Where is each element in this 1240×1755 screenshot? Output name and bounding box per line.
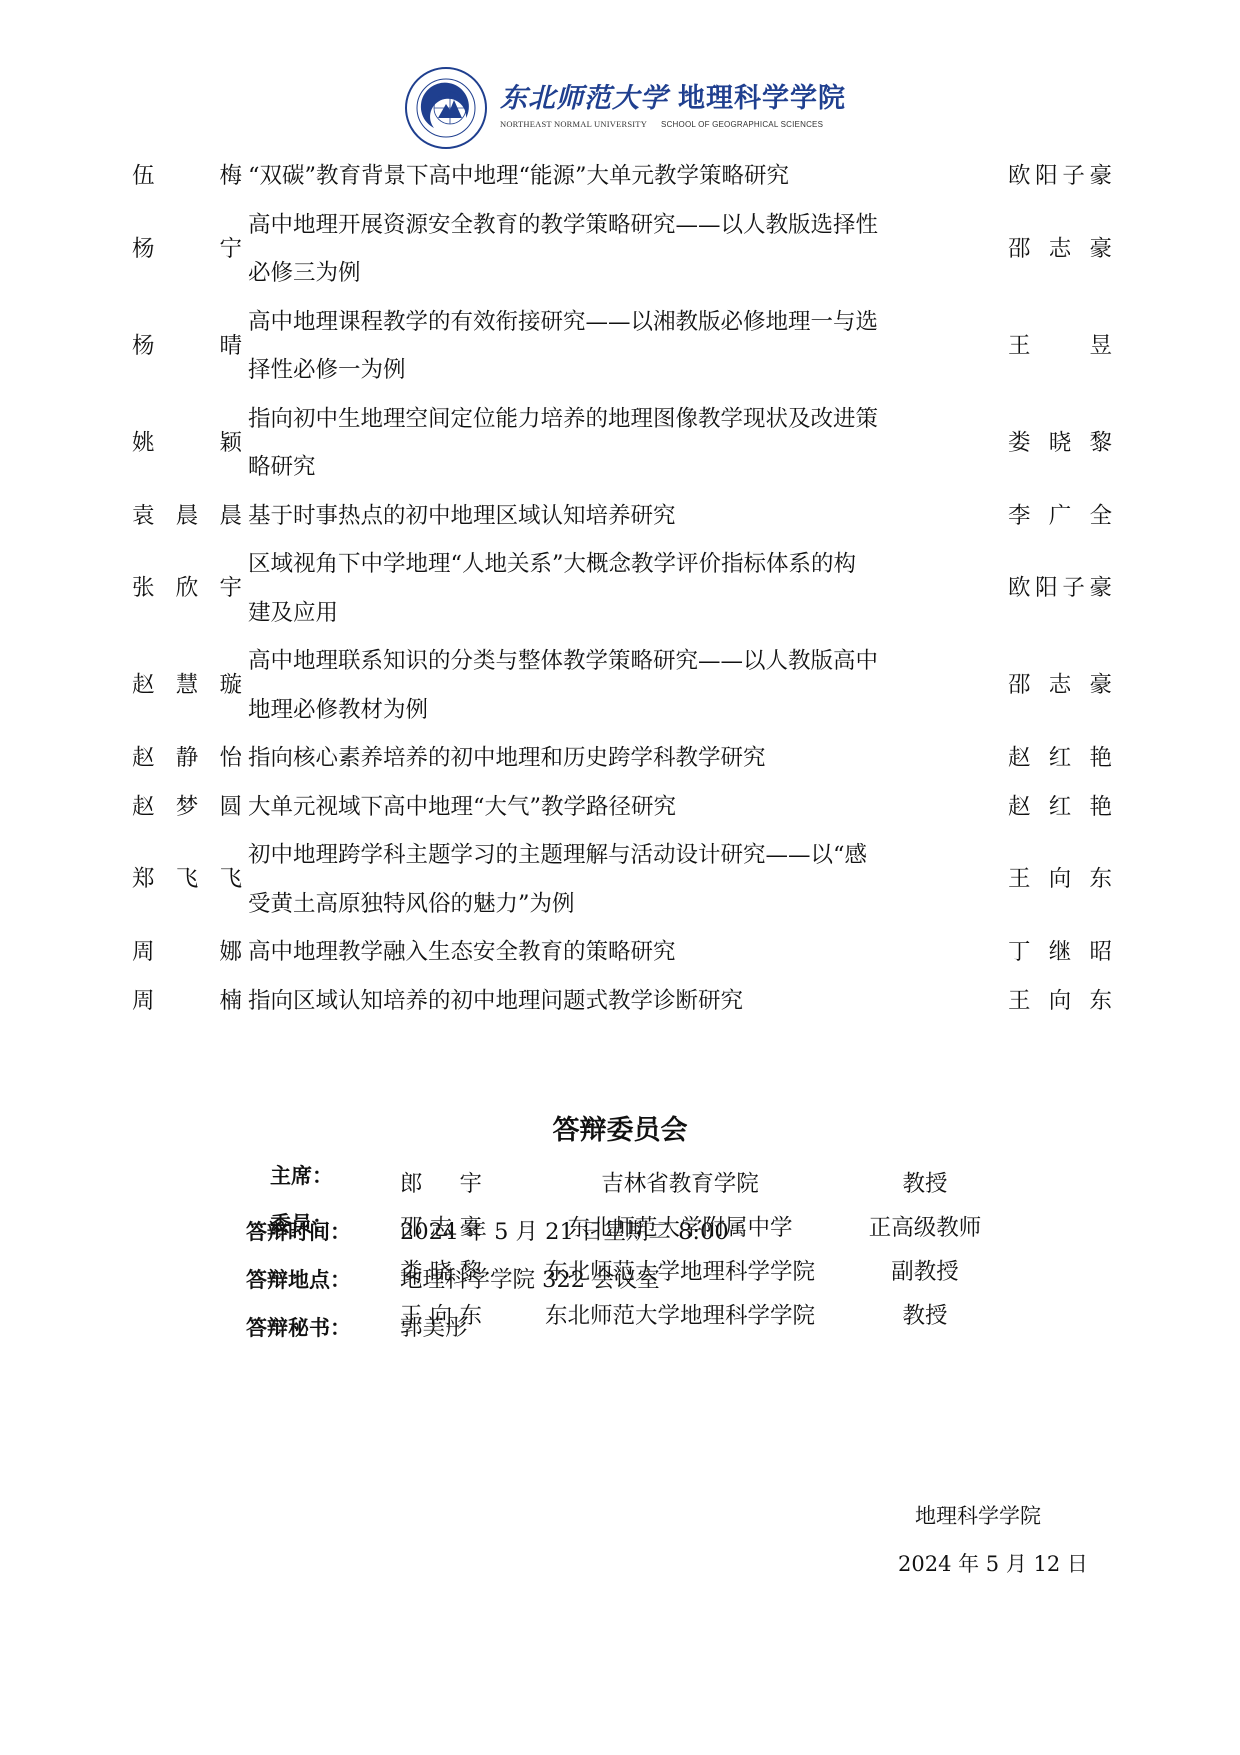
advisor-name: 王向东 [1008, 855, 1112, 904]
thesis-row: 赵梦圆大单元视域下高中地理“大气”教学路径研究赵红艳 [132, 783, 1112, 832]
advisor-name: 李广全 [1008, 492, 1112, 541]
thesis-row: 杨宁高中地理开展资源安全教育的教学策略研究——以人教版选择性必修三为例邵志豪 [132, 201, 1112, 298]
university-name-en: NORTHEAST NORMAL UNIVERSITY [500, 119, 647, 129]
thesis-title: 指向区域认知培养的初中地理问题式教学诊断研究 [248, 977, 878, 1026]
thesis-row: 赵静怡指向核心素养培养的初中地理和历史跨学科教学研究赵红艳 [132, 734, 1112, 783]
student-name: 周楠 [132, 977, 242, 1026]
thesis-row: 周楠指向区域认知培养的初中地理问题式教学诊断研究王向东 [132, 977, 1112, 1026]
brand-text: 东北师范大学地理科学学院 NORTHEAST NORMAL UNIVERSITY… [500, 76, 846, 129]
student-name: 赵静怡 [132, 734, 242, 783]
thesis-row: 姚颖指向初中生地理空间定位能力培养的地理图像教学现状及改进策略研究娄晓黎 [132, 395, 1112, 492]
defense-secretary-value: 郭美彤 [400, 1304, 468, 1352]
student-name: 赵慧璇 [132, 661, 242, 710]
school-name-cn: 地理科学学院 [678, 83, 846, 114]
thesis-row: 周娜高中地理教学融入生态安全教育的策略研究丁继昭 [132, 928, 1112, 977]
defense-secretary-label: 答辩秘书： [246, 1304, 351, 1352]
committee-title: 答辩委员会 [0, 1108, 1240, 1147]
university-name-cn: 东北师范大学 [500, 83, 668, 114]
thesis-title: 区域视角下中学地理“人地关系”大概念教学评价指标体系的构建及应用 [248, 540, 878, 637]
advisor-name: 赵红艳 [1008, 783, 1112, 832]
advisor-name: 欧阳子豪 [1008, 152, 1112, 201]
member-name: 郎宇 [400, 1160, 482, 1208]
student-name: 张欣宇 [132, 564, 242, 613]
school-name-en: SCHOOL OF GEOGRAPHICAL SCIENCES [661, 120, 823, 129]
advisor-name: 赵红艳 [1008, 734, 1112, 783]
student-name: 杨宁 [132, 225, 242, 274]
defense-place-label: 答辩地点： [246, 1256, 351, 1304]
student-name: 伍梅 [132, 152, 242, 201]
thesis-row: 赵慧璇高中地理联系知识的分类与整体教学策略研究——以人教版高中地理必修教材为例邵… [132, 637, 1112, 734]
student-name: 周娜 [132, 928, 242, 977]
advisor-name: 娄晓黎 [1008, 419, 1112, 468]
thesis-title: 高中地理联系知识的分类与整体教学策略研究——以人教版高中地理必修教材为例 [248, 637, 878, 734]
student-name: 姚颖 [132, 419, 242, 468]
advisor-name: 丁继昭 [1008, 928, 1112, 977]
advisor-name: 王昱 [1008, 322, 1112, 371]
student-name: 郑飞飞 [132, 855, 242, 904]
defense-time: 答辩时间： 2024 年 5 月 21 日星期二 8:00 [0, 1208, 1240, 1256]
university-seal-logo [404, 66, 488, 150]
thesis-row: 杨晴高中地理课程教学的有效衔接研究——以湘教版必修地理一与选择性必修一为例王昱 [132, 298, 1112, 395]
thesis-title: 大单元视域下高中地理“大气”教学路径研究 [248, 783, 878, 832]
defense-time-value: 2024 年 5 月 21 日星期二 8:00 [400, 1208, 729, 1256]
thesis-title: 高中地理教学融入生态安全教育的策略研究 [248, 928, 878, 977]
advisor-name: 欧阳子豪 [1008, 564, 1112, 613]
letterhead: 东北师范大学地理科学学院 NORTHEAST NORMAL UNIVERSITY… [404, 66, 854, 150]
thesis-row: 张欣宇区域视角下中学地理“人地关系”大概念教学评价指标体系的构建及应用欧阳子豪 [132, 540, 1112, 637]
thesis-row: 伍梅“双碳”教育背景下高中地理“能源”大单元教学策略研究欧阳子豪 [132, 152, 1112, 201]
advisor-name: 王向东 [1008, 977, 1112, 1026]
defense-place-value: 地理科学学院 322 会议室 [400, 1256, 660, 1304]
thesis-title: 高中地理开展资源安全教育的教学策略研究——以人教版选择性必修三为例 [248, 201, 878, 298]
thesis-row: 袁晨晨基于时事热点的初中地理区域认知培养研究李广全 [132, 492, 1112, 541]
thesis-title: “双碳”教育背景下高中地理“能源”大单元教学策略研究 [248, 152, 878, 201]
defense-time-label: 答辩时间： [246, 1208, 351, 1256]
thesis-title: 初中地理跨学科主题学习的主题理解与活动设计研究——以“感受黄土高原独特风俗的魅力… [248, 831, 878, 928]
student-name: 杨晴 [132, 322, 242, 371]
member-organization: 吉林省教育学院 [520, 1160, 840, 1208]
advisor-name: 邵志豪 [1008, 225, 1112, 274]
thesis-row: 郑飞飞初中地理跨学科主题学习的主题理解与活动设计研究——以“感受黄土高原独特风俗… [132, 831, 1112, 928]
thesis-title: 指向初中生地理空间定位能力培养的地理图像教学现状及改进策略研究 [248, 395, 878, 492]
committee-row: 郎宇吉林省教育学院教授 [0, 1160, 1240, 1208]
thesis-list: 伍梅“双碳”教育背景下高中地理“能源”大单元教学策略研究欧阳子豪杨宁高中地理开展… [132, 152, 1112, 1025]
signature-date: 2024 年 5 月 12 日 [898, 1548, 1088, 1578]
member-title: 教授 [860, 1160, 990, 1208]
student-name: 赵梦圆 [132, 783, 242, 832]
thesis-title: 指向核心素养培养的初中地理和历史跨学科教学研究 [248, 734, 878, 783]
student-name: 袁晨晨 [132, 492, 242, 541]
thesis-title: 基于时事热点的初中地理区域认知培养研究 [248, 492, 878, 541]
advisor-name: 邵志豪 [1008, 661, 1112, 710]
defense-secretary: 答辩秘书： 郭美彤 [0, 1304, 1240, 1352]
signature-org: 地理科学学院 [915, 1500, 1041, 1530]
thesis-title: 高中地理课程教学的有效衔接研究——以湘教版必修地理一与选择性必修一为例 [248, 298, 878, 395]
defense-place: 答辩地点： 地理科学学院 322 会议室 [0, 1256, 1240, 1304]
